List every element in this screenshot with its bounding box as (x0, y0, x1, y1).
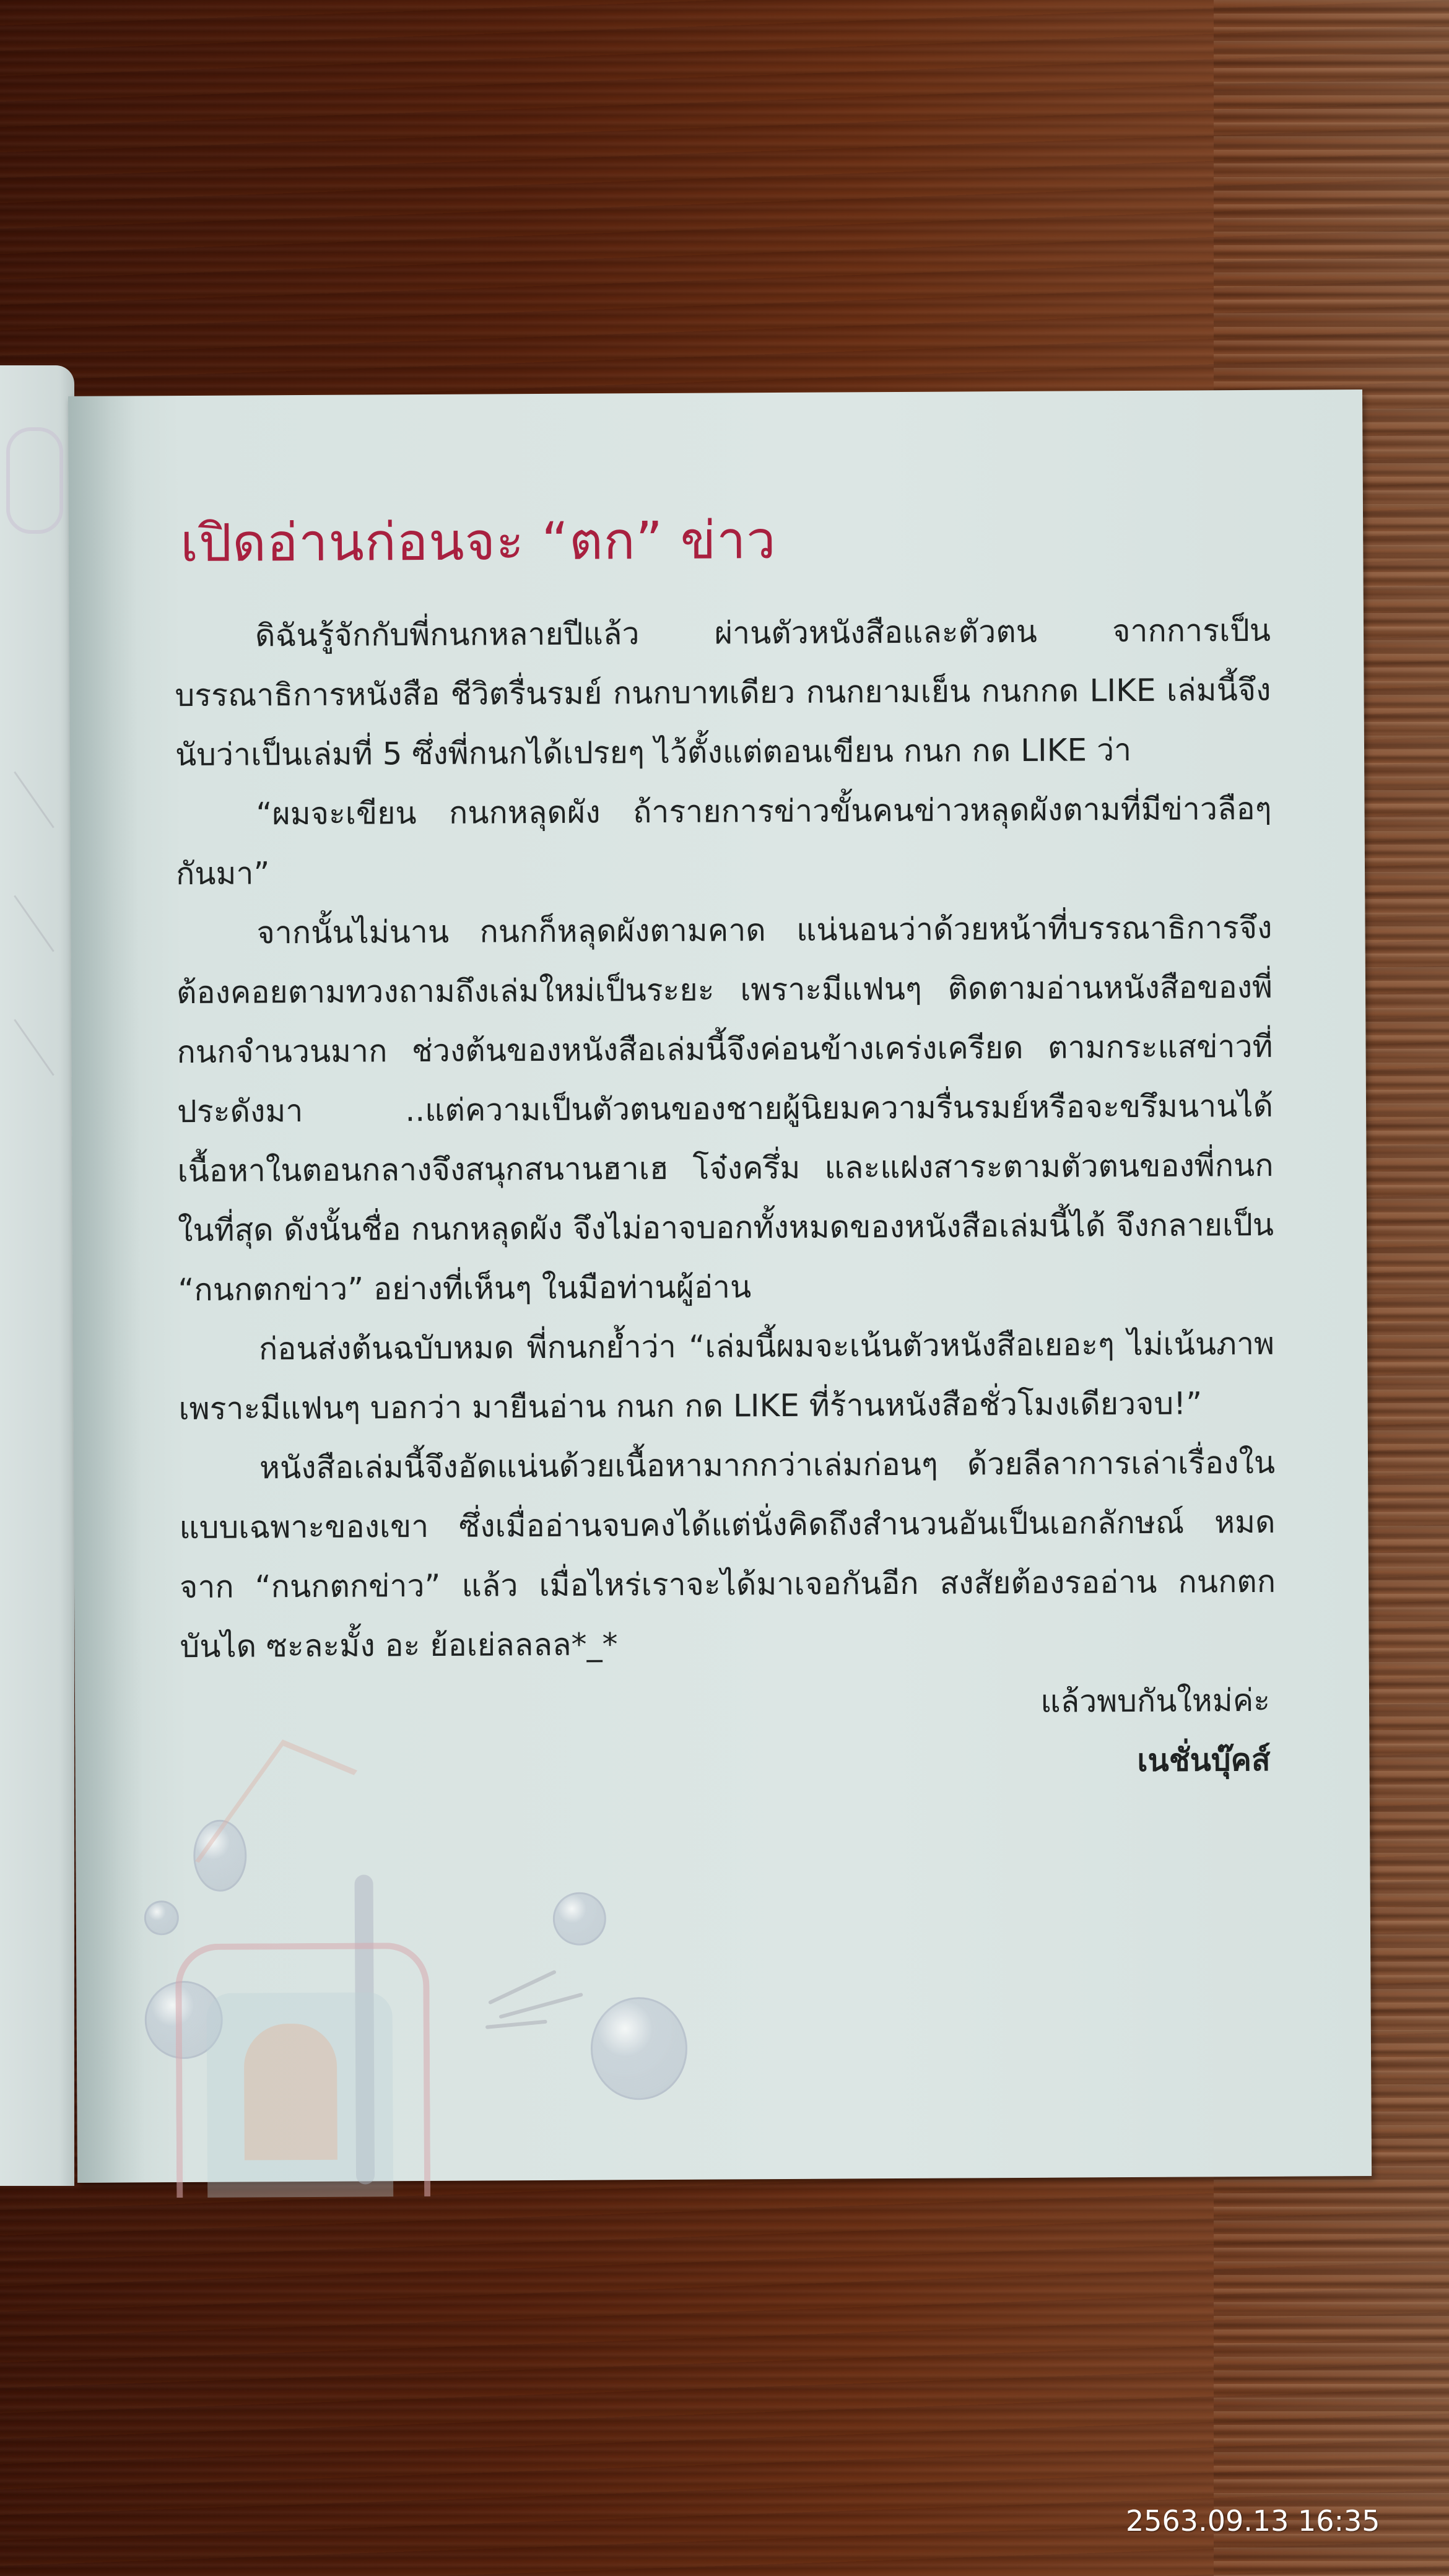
paragraph-3: จากนั้นไม่นาน กนกก็หลุดผังตามคาด แน่นอนว… (176, 898, 1274, 1320)
ray-illustration (498, 1993, 583, 2019)
ray-illustration (485, 2020, 547, 2029)
ray-illustration (488, 1970, 557, 2005)
bubble-illustration (144, 1900, 179, 1935)
paragraph-2: “ผมจะเขียน กนกหลุดผัง ถ้ารายการข่าวขั้นค… (175, 779, 1272, 903)
closing-line: แล้วพบกันใหม่ค่ะ (180, 1671, 1276, 1736)
paragraph-5: หนังสือเล่มนี้จึงอัดแน่นด้วยเนื้อหามากกว… (179, 1433, 1276, 1676)
bubble-illustration (553, 1892, 606, 1945)
face-illustration (244, 2024, 337, 2160)
body-text: ดิฉันรู้จักกับพี่กนกหลายปีแล้ว ผ่านตัวหน… (175, 601, 1277, 1795)
doodle-line (14, 772, 54, 829)
bubble-illustration (591, 1997, 688, 2100)
spine-shadow (68, 396, 146, 2183)
left-page-edge (0, 365, 74, 2186)
paragraph-4: ก่อนส่งต้นฉบับหมด พี่กนกย้ำว่า “เล่มนี้ผ… (178, 1314, 1275, 1438)
doodle-illustration (6, 427, 63, 534)
photo-timestamp: 2563.09.13 16:35 (1126, 2504, 1380, 2538)
book-page: เปิดอ่านก่อนจะ “ตก” ข่าว ดิฉันรู้จักกับพ… (68, 389, 1372, 2183)
tv-illustration (175, 1943, 430, 2198)
doodle-line (14, 1019, 54, 1076)
doodle-line (14, 895, 54, 952)
page-title: เปิดอ่านก่อนจะ “ตก” ข่าว (180, 498, 777, 584)
paragraph-1: ดิฉันรู้จักกับพี่กนกหลายปีแล้ว ผ่านตัวหน… (175, 601, 1271, 785)
signature: เนชั่นบุ๊คส์ (180, 1730, 1276, 1795)
